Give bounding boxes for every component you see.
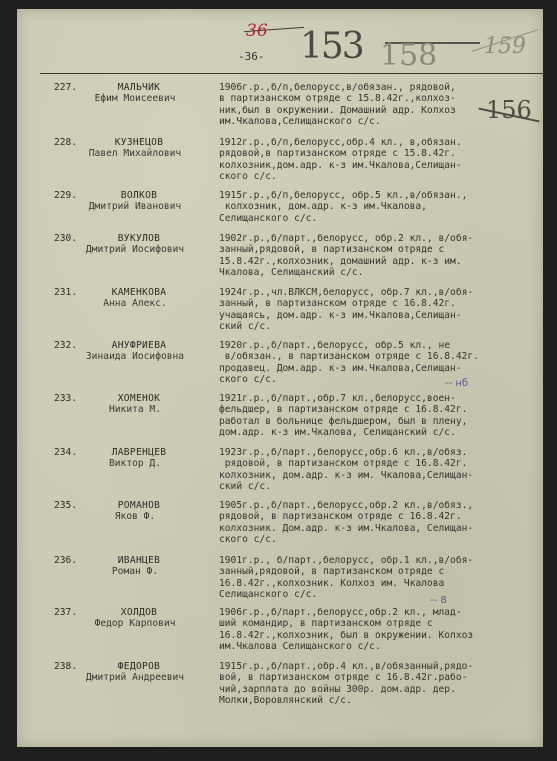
entry-biography: 1915г.р.,б/парт.,обр.4 кл.,в/обязанный,р…: [219, 661, 504, 706]
entry-surname: ВОЛКОВ: [64, 190, 214, 201]
header-divider: [40, 73, 543, 74]
entry-surname: ЛАВРЕНЦЕВ: [64, 447, 214, 458]
entry-given-name: Дмитрий Иосифович: [60, 244, 210, 255]
entry-biography: 1924г.р.,чл.ВЛКСМ,белорусс, обр.7 кл.,в/…: [219, 287, 504, 332]
entry-surname: КУЗНЕЦОВ: [64, 137, 214, 148]
entry-given-name: Зинаида Иосифовна: [60, 351, 210, 362]
entry-biography: 1906г.р.,б/парт.,белорусс,обр.2 кл., мла…: [219, 607, 504, 652]
entry-biography: 1921г.р.,б/парт.,обр.7 кл.,белорусс,воен…: [219, 393, 504, 438]
entry-biography: 1906г.р.,б/п,белорусс,в/обязан., рядовой…: [219, 82, 504, 127]
entry-biography: 1923г.р.,б/парт.,белорусс,обр.6 кл.,в/об…: [219, 447, 504, 492]
entry-biography: 1915г.р.,б/п,белорусс, обр.5 кл.,в/обяза…: [219, 190, 504, 224]
entry-given-name: Федор Карпович: [60, 618, 210, 629]
entry-given-name: Павел Михайлович: [60, 148, 210, 159]
entry-surname: АНУФРИЕВА: [64, 340, 214, 351]
entry-given-name: Анна Алекс.: [60, 298, 210, 309]
entry-given-name: Яков Ф.: [60, 511, 210, 522]
entry-biography: 1905г.р.,б/парт.,белорусс,обр.2 кл.,в/об…: [219, 500, 504, 545]
entry-surname: ХОЛДОВ: [64, 607, 214, 618]
entry-surname: ХОМЕНОК: [64, 393, 214, 404]
pencil-annotation: -- 8: [430, 595, 447, 606]
entry-surname: ВУКУЛОВ: [64, 233, 214, 244]
entry-surname: РОМАНОВ: [64, 500, 214, 511]
struck-folio-number: 158: [380, 38, 437, 73]
entry-biography: 1902г.р.,б/парт.,белорусс, обр.2 кл., в/…: [219, 233, 504, 278]
typed-page-number: -36-: [238, 50, 265, 63]
entry-surname: ИВАНЦЕВ: [64, 555, 214, 566]
entry-surname: КАМЕНКОВА: [64, 287, 214, 298]
pencil-annotation: -- нб: [445, 378, 468, 389]
entry-given-name: Дмитрий Андреевич: [60, 672, 210, 683]
entry-given-name: Ефим Моисеевич: [60, 93, 210, 104]
handwritten-red-page-number: 36: [246, 21, 268, 41]
entry-biography: 1912г.р.,б/п,белорусс,обр.4 кл., в,обяза…: [219, 137, 504, 182]
handwritten-folio-number: 153: [300, 26, 363, 67]
entry-surname: ФЕДОРОВ: [64, 661, 214, 672]
entry-given-name: Дмитрий Иванович: [60, 201, 210, 212]
entry-given-name: Никита М.: [60, 404, 210, 415]
entry-given-name: Роман Ф.: [60, 566, 210, 577]
struck-folio-number-2: 159: [484, 34, 526, 59]
entry-biography: 1901г.р., б/парт.,белорусс, обр.1 кл.,в/…: [219, 555, 504, 600]
entry-given-name: Виктор Д.: [60, 458, 210, 469]
entry-surname: МАЛЬЧИК: [64, 82, 214, 93]
